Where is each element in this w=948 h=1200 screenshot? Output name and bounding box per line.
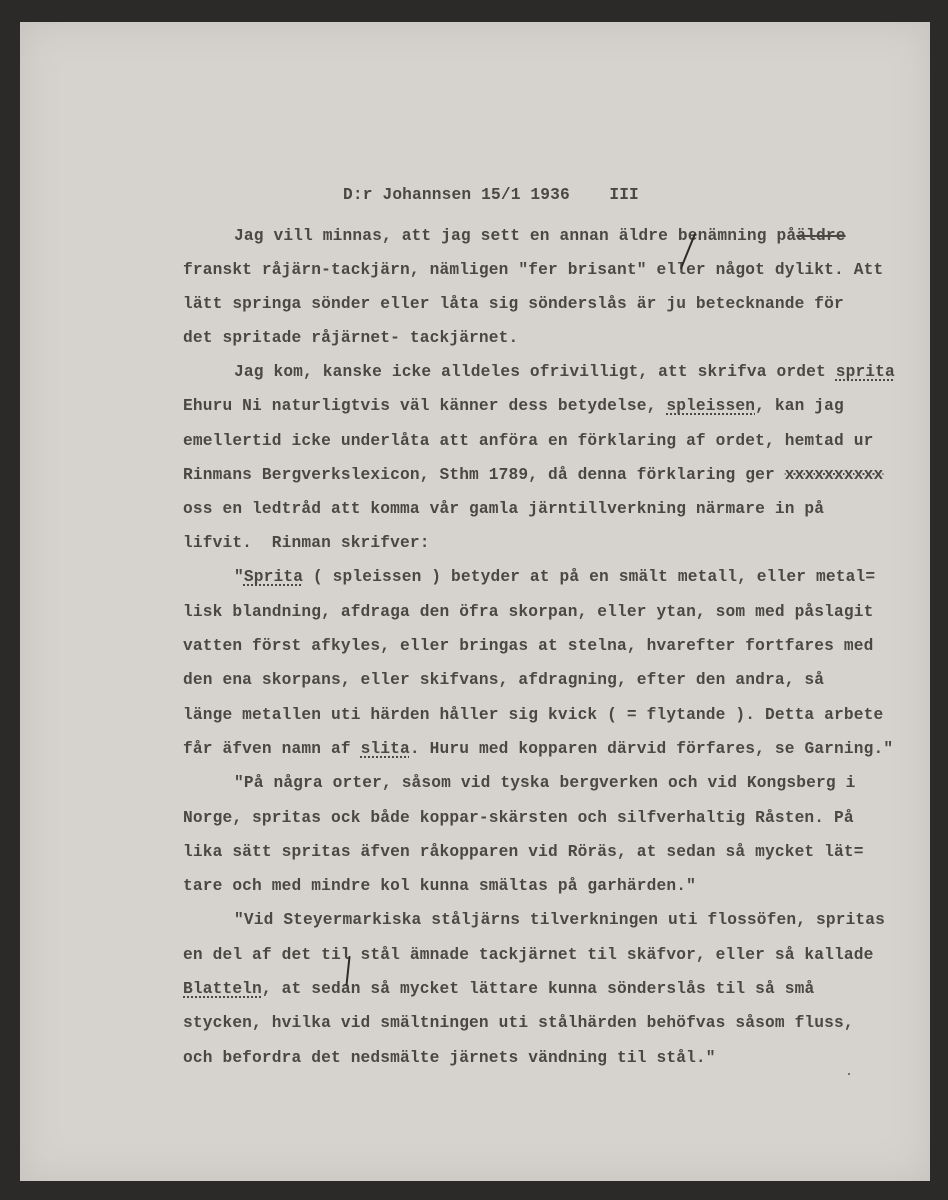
text-segment: "På några orter, såsom vid tyska bergver… xyxy=(234,774,855,792)
text-segment: emellertid icke underlåta att anföra en … xyxy=(183,432,874,450)
text-segment: det spritade råjärnet- tackjärnet. xyxy=(183,329,518,347)
text-segment: lika sätt spritas äfven råkopparen vid R… xyxy=(183,843,864,861)
text-segment: " xyxy=(234,568,244,586)
text-u: Sprita xyxy=(244,568,303,586)
text-u: spleissen xyxy=(666,397,755,415)
text-line: och befordra det nedsmälte järnets vändn… xyxy=(183,1048,716,1068)
text-line: Blatteln, at sedan så mycket lättare kun… xyxy=(183,979,814,999)
text-line: får äfven namn af slita. Huru med koppar… xyxy=(183,739,893,759)
text-line: "Vid Steyermarkiska ståljärns tilverknin… xyxy=(234,910,885,930)
text-line: Rinmans Bergverkslexicon, Sthm 1789, då … xyxy=(183,465,883,485)
text-line: det spritade råjärnet- tackjärnet. xyxy=(183,328,518,348)
text-segment: Norge, spritas ock både koppar-skärsten … xyxy=(183,809,854,827)
text-line: "På några orter, såsom vid tyska bergver… xyxy=(234,773,855,793)
typewritten-page: D:r Johannsen 15/1 1936 III Jag vill min… xyxy=(20,22,930,1181)
text-xout: xxxxxxxxxx xyxy=(785,466,884,484)
text-line: en del af det til stål ämnade tackjärnet… xyxy=(183,945,874,965)
text-line: Jag vill minnas, att jag sett en annan ä… xyxy=(234,226,846,246)
text-line: Jag kom, kanske icke alldeles ofrivillig… xyxy=(234,362,895,382)
text-segment: Rinmans Bergverkslexicon, Sthm 1789, då … xyxy=(183,466,785,484)
text-line: "Sprita ( spleissen ) betyder at på en s… xyxy=(234,567,875,587)
text-u: Blatteln xyxy=(183,980,262,998)
text-segment: stycken, hvilka vid smältningen uti stål… xyxy=(183,1014,854,1032)
text-segment: . Huru med kopparen därvid förfares, se … xyxy=(410,740,893,758)
text-segment: den ena skorpans, eller skifvans, afdrag… xyxy=(183,671,824,689)
text-line: oss en ledtråd att komma vår gamla järnt… xyxy=(183,499,824,519)
text-line: franskt råjärn-tackjärn, nämligen "fer b… xyxy=(183,260,883,280)
text-line: emellertid icke underlåta att anföra en … xyxy=(183,431,874,451)
text-segment: och befordra det nedsmälte järnets vändn… xyxy=(183,1049,716,1067)
text-strike: äldre xyxy=(796,227,845,245)
text-segment: , kan jag xyxy=(755,397,844,415)
text-segment: Ehuru Ni naturligtvis väl känner dess be… xyxy=(183,397,666,415)
text-line: Ehuru Ni naturligtvis väl känner dess be… xyxy=(183,396,844,416)
text-line: länge metallen uti härden håller sig kvi… xyxy=(183,705,883,725)
text-segment: får äfven namn af xyxy=(183,740,361,758)
text-u: sprita xyxy=(836,363,895,381)
text-segment: lätt springa sönder eller låta sig sönde… xyxy=(183,295,844,313)
text-segment: tare och med mindre kol kunna smältas på… xyxy=(183,877,696,895)
text-line: den ena skorpans, eller skifvans, afdrag… xyxy=(183,670,824,690)
text-line: lisk blandning, afdraga den öfra skorpan… xyxy=(183,602,874,622)
text-line: tare och med mindre kol kunna smältas på… xyxy=(183,876,696,896)
ink-speck xyxy=(848,1073,850,1075)
text-segment: lifvit. Rinman skrifver: xyxy=(183,534,430,552)
text-segment: oss en ledtråd att komma vår gamla järnt… xyxy=(183,500,824,518)
text-u: slita xyxy=(361,740,410,758)
text-segment: länge metallen uti härden håller sig kvi… xyxy=(183,706,883,724)
text-segment: vatten först afkyles, eller bringas at s… xyxy=(183,637,874,655)
text-segment: en del af det til stål ämnade tackjärnet… xyxy=(183,946,874,964)
text-segment: franskt råjärn-tackjärn, nämligen "fer b… xyxy=(183,261,883,279)
text-segment: Jag kom, kanske icke alldeles ofrivillig… xyxy=(234,363,836,381)
text-line: lätt springa sönder eller låta sig sönde… xyxy=(183,294,844,314)
text-line: stycken, hvilka vid smältningen uti stål… xyxy=(183,1013,854,1033)
text-line: vatten först afkyles, eller bringas at s… xyxy=(183,636,874,656)
text-line: Norge, spritas ock både koppar-skärsten … xyxy=(183,808,854,828)
text-segment: lisk blandning, afdraga den öfra skorpan… xyxy=(183,603,874,621)
text-segment: Jag vill minnas, att jag sett en annan ä… xyxy=(234,227,796,245)
text-line: lika sätt spritas äfven råkopparen vid R… xyxy=(183,842,864,862)
text-segment: "Vid Steyermarkiska ståljärns tilverknin… xyxy=(234,911,885,929)
text-segment: ( spleissen ) betyder at på en smält met… xyxy=(303,568,875,586)
page-header: D:r Johannsen 15/1 1936 III xyxy=(343,185,639,205)
text-line: lifvit. Rinman skrifver: xyxy=(183,533,430,553)
